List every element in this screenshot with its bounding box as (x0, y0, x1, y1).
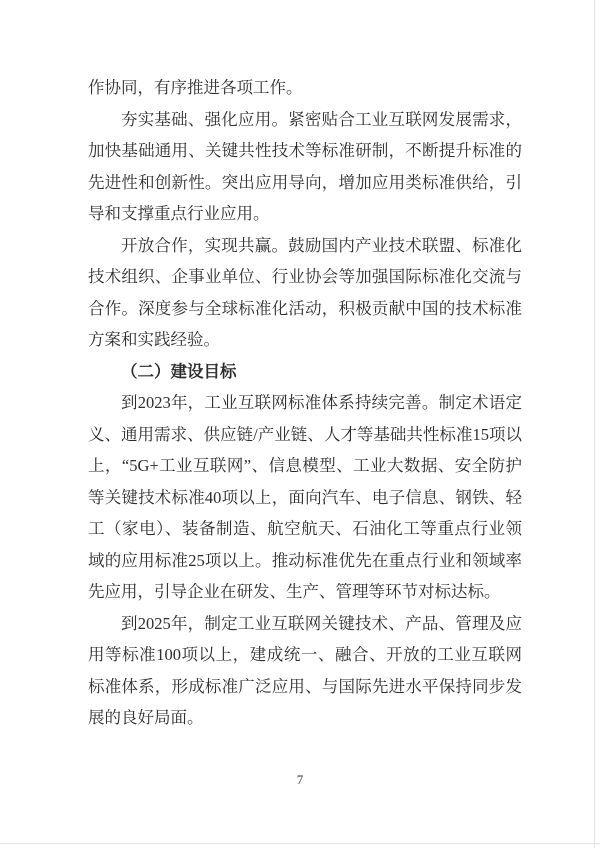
paragraph: 到2025年，制定工业互联网关键技术、产品、管理及应用等标准100项以上，建成统… (88, 608, 522, 734)
document-page: 作协同，有序推进各项工作。 夯实基础、强化应用。紧密贴合工业互联网发展需求，加快… (0, 0, 600, 848)
paragraph: 夯实基础、强化应用。紧密贴合工业互联网发展需求，加快基础通用、关键共性技术等标准… (88, 104, 522, 230)
paragraph: 到2023年，工业互联网标准体系持续完善。制定术语定义、通用需求、供应链/产业链… (88, 387, 522, 608)
paragraph: 开放合作，实现共赢。鼓励国内产业技术联盟、标准化技术组织、企事业单位、行业协会等… (88, 230, 522, 356)
page-number: 7 (0, 772, 600, 788)
section-heading: （二）建设目标 (88, 356, 522, 388)
page-edge-right (594, 0, 595, 848)
paragraph-continuation: 作协同，有序推进各项工作。 (88, 72, 522, 104)
page-edge-bottom (0, 843, 600, 844)
document-body: 作协同，有序推进各项工作。 夯实基础、强化应用。紧密贴合工业互联网发展需求，加快… (88, 72, 522, 734)
